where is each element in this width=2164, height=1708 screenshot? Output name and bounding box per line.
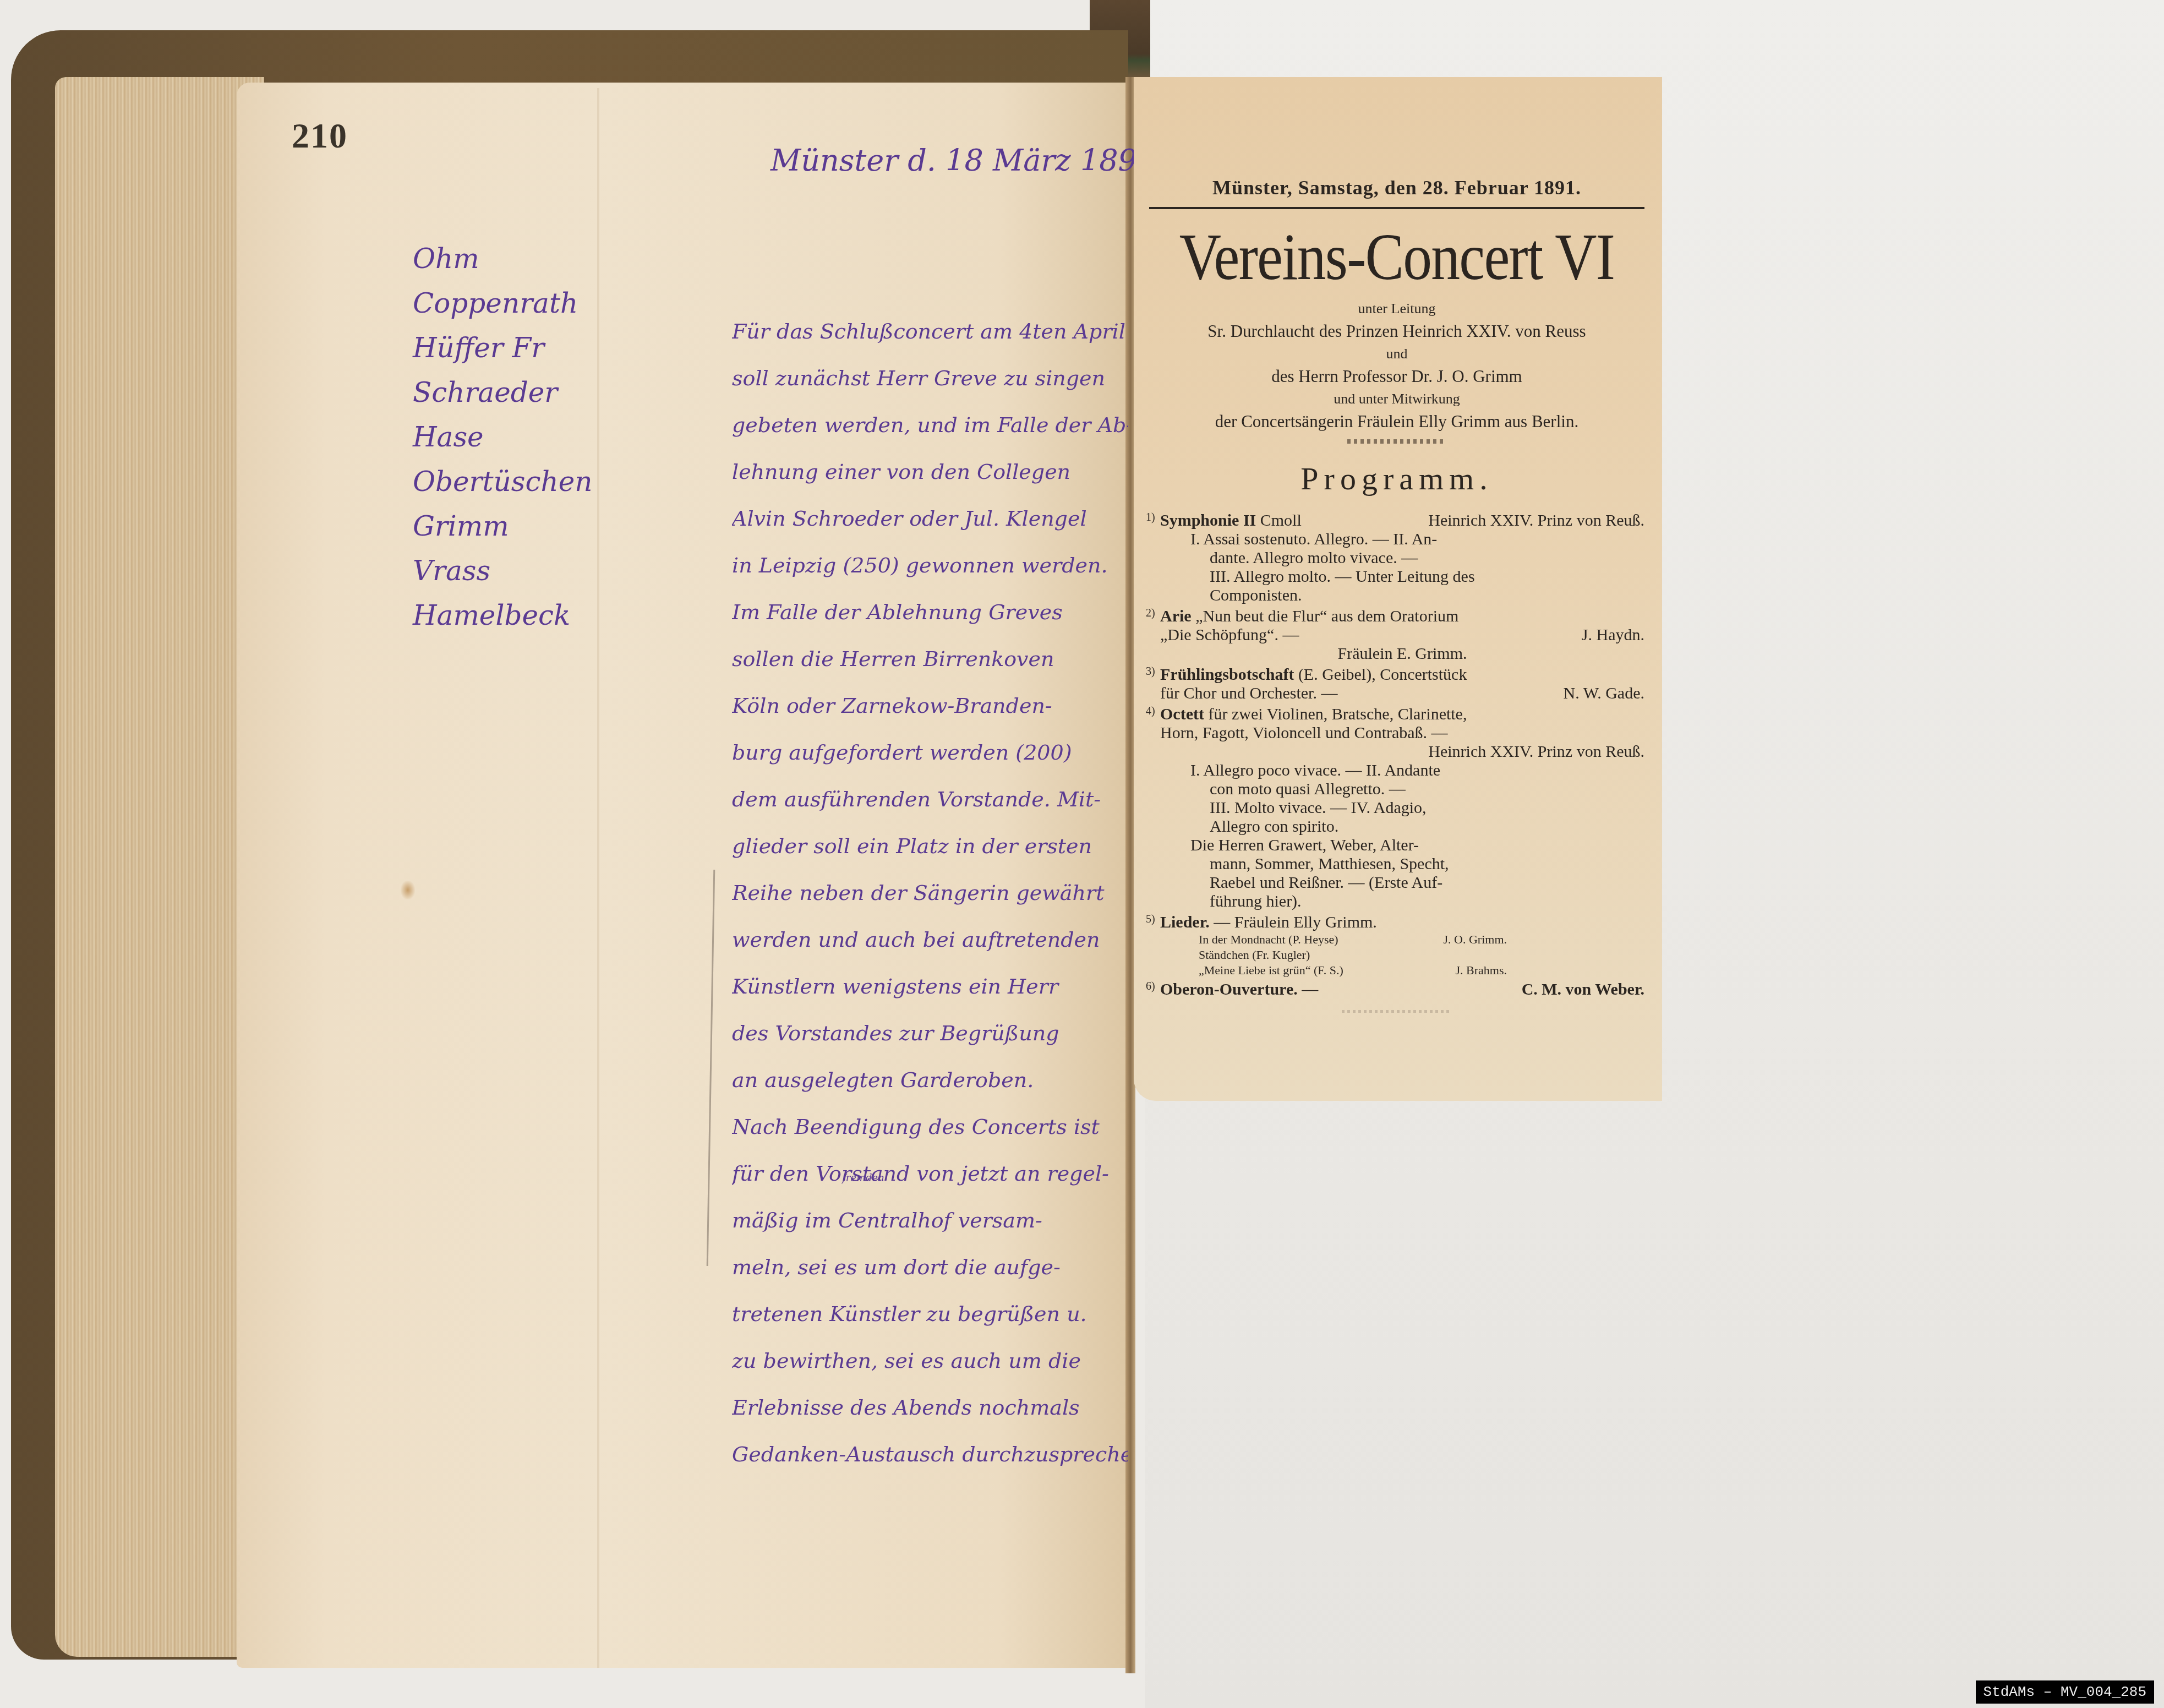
- song-composer: J. Brahms.: [1456, 963, 1507, 978]
- program-collaboration: und unter Mitwirkung: [1149, 389, 1644, 410]
- program-conductor-2: des Herrn Professor Dr. J. O. Grimm: [1149, 364, 1644, 389]
- attendee-name: Hüffer Fr: [413, 326, 622, 370]
- program-heading: Programm.: [1149, 460, 1644, 497]
- program-dateline: Münster, Samstag, den 28. Februar 1891.: [1149, 176, 1644, 209]
- attendee-name: Hase: [413, 415, 622, 460]
- item-title: Octett: [1160, 705, 1204, 723]
- program-title: Vereins-Concert VI: [1179, 216, 1615, 298]
- minutes-line: lehnung einer von den Collegen: [732, 449, 1128, 495]
- minutes-line: Alvin Schroeder oder Jul. Klengel: [732, 495, 1128, 542]
- item-detail-line2: für Chor und Orchester. —: [1160, 684, 1337, 703]
- performers-line: Raebel und Reißner. — (Erste Auf-: [1160, 874, 1644, 892]
- paper-stain: [401, 881, 415, 899]
- movement-line: I. Allegro poco vivace. — II. Andante: [1160, 761, 1644, 780]
- minutes-date: Münster d. 18 März 1891: [770, 143, 1156, 178]
- minutes-line: für den Vorstand von jetzt an regel-: [732, 1150, 1128, 1197]
- page-number: 210: [292, 116, 348, 156]
- item-number: 3): [1146, 662, 1155, 681]
- item-composer: Heinrich XXIV. Prinz von Reuß.: [1428, 511, 1644, 530]
- minutes-line: des Vorstandes zur Begrüßung: [732, 1010, 1128, 1057]
- concert-program-leaflet: Münster, Samstag, den 28. Februar 1891. …: [1134, 77, 1662, 1101]
- item-number: 6): [1146, 977, 1155, 996]
- minutes-line: glieder soll ein Platz in der ersten: [732, 823, 1128, 870]
- minutes-line: meln, sei es um dort die aufge-: [732, 1244, 1128, 1291]
- minutes-line: sollen die Herren Birrenkoven: [732, 636, 1128, 683]
- program-item: 2) Arie „Nun beut die Flur“ aus dem Orat…: [1149, 607, 1644, 663]
- movement-line: Componisten.: [1160, 586, 1644, 605]
- program-item: 1) Symphonie II Cmoll Heinrich XXIV. Pri…: [1149, 511, 1644, 605]
- item-detail: für zwei Violinen, Bratsche, Clarinette,: [1208, 705, 1467, 723]
- minutes-line: burg aufgefordert werden (200): [732, 729, 1128, 776]
- song-composer: J. O. Grimm.: [1444, 932, 1507, 947]
- item-title: Arie: [1160, 607, 1192, 625]
- program-and: und: [1149, 343, 1644, 364]
- item-composer: J. Haydn.: [1582, 626, 1644, 645]
- song-title: „Meine Liebe ist grün“ (F. S.): [1199, 963, 1343, 978]
- item-title: Lieder.: [1160, 913, 1210, 931]
- minutes-line: Nach Beendigung des Concerts ist: [732, 1104, 1128, 1150]
- minutes-line: Reihe neben der Sängerin gewährt: [732, 870, 1128, 916]
- item-title: Frühlingsbotschaft: [1160, 665, 1294, 684]
- interlinear-insert: fremden: [842, 1172, 884, 1184]
- song-title: Ständchen (Fr. Kugler): [1160, 947, 1644, 963]
- item-title: Symphonie II: [1160, 511, 1256, 530]
- movement-line: III. Allegro molto. — Unter Leitung des: [1160, 567, 1644, 586]
- minutes-line: soll zunächst Herr Greve zu singen: [732, 355, 1128, 402]
- item-detail: „Nun beut die Flur“ aus dem Oratorium: [1195, 607, 1458, 625]
- minutes-line: Erlebnisse des Abends nochmals: [732, 1384, 1128, 1431]
- attendee-name: Grimm: [413, 504, 622, 549]
- item-detail-line2: Horn, Fagott, Violoncell und Contrabaß. …: [1160, 724, 1644, 743]
- minutes-line: in Leipzig (250) gewonnen werden.: [732, 542, 1128, 589]
- item-detail: — Fräulein Elly Grimm.: [1214, 913, 1377, 931]
- program-item: 5) Lieder. — Fräulein Elly Grimm. In der…: [1149, 913, 1644, 978]
- minutes-line: Künstlern wenigstens ein Herr: [732, 963, 1128, 1010]
- item-composer: C. M. von Weber.: [1522, 980, 1644, 999]
- minutes-line: werden und auch bei auftretenden: [732, 916, 1128, 963]
- minutes-line: Im Falle der Ablehnung Greves: [732, 589, 1128, 636]
- attendee-name: Hamelbeck: [413, 593, 622, 638]
- program-item: 3) Frühlingsbotschaft (E. Geibel), Conce…: [1149, 665, 1644, 703]
- attendee-name: Coppenrath: [413, 281, 622, 326]
- movement-line: III. Molto vivace. — IV. Adagio,: [1160, 799, 1644, 817]
- item-number: 2): [1146, 604, 1155, 623]
- minutes-line: tretenen Künstler zu begrüßen u.: [732, 1291, 1128, 1338]
- movement-line: con moto quasi Allegretto. —: [1160, 780, 1644, 799]
- item-composer: Heinrich XXIV. Prinz von Reuß.: [1160, 743, 1644, 761]
- item-detail: Cmoll: [1260, 511, 1302, 530]
- minutes-text: Für das Schlußconcert am 4ten April soll…: [732, 308, 1128, 1478]
- attendee-name: Schraeder: [413, 370, 622, 415]
- attendee-name: Vrass: [413, 549, 622, 593]
- item-composer: N. W. Gade.: [1564, 684, 1644, 703]
- movement-line: dante. Allegro molto vivace. —: [1160, 549, 1644, 567]
- ornamental-rule: [1347, 439, 1446, 444]
- movement-line: I. Assai sostenuto. Allegro. — II. An-: [1160, 530, 1644, 549]
- item-detail: (E. Geibel), Concertstück: [1298, 665, 1467, 684]
- attendee-name: Obertüschen: [413, 460, 622, 504]
- minutes-line: zu bewirthen, sei es auch um die: [732, 1338, 1128, 1384]
- item-number: 1): [1146, 508, 1155, 527]
- program-item: 6) Oberon-Ouverture. — C. M. von Weber.: [1149, 980, 1644, 999]
- song-title: In der Mondnacht (P. Heyse): [1199, 932, 1338, 947]
- minutes-line: dem ausführenden Vorstande. Mit-: [732, 776, 1128, 823]
- program-soloist: der Concertsängerin Fräulein Elly Grimm …: [1149, 410, 1644, 434]
- item-detail: —: [1302, 980, 1318, 998]
- page-edges: [55, 77, 264, 1657]
- attendee-name: Ohm: [413, 237, 622, 281]
- minutes-line: mäßig im Centralhof versam-: [732, 1197, 1128, 1244]
- performers-line: mann, Sommer, Matthiesen, Specht,: [1160, 855, 1644, 874]
- minutes-line: Gedanken-Austausch durchzusprechen.: [732, 1431, 1128, 1478]
- program-conductor-1: Sr. Durchlaucht des Prinzen Heinrich XXI…: [1149, 319, 1644, 343]
- item-number: 4): [1146, 702, 1155, 721]
- item-performer: Fräulein E. Grimm.: [1160, 645, 1644, 663]
- program-item: 4) Octett für zwei Violinen, Bratsche, C…: [1149, 705, 1644, 911]
- movement-line: Allegro con spirito.: [1160, 817, 1644, 836]
- item-title: Oberon-Ouverture.: [1160, 980, 1298, 998]
- minutes-line: an ausgelegten Garderoben.: [732, 1057, 1128, 1104]
- ornamental-rule: [1342, 1010, 1452, 1013]
- minutes-line: Für das Schlußconcert am 4ten April: [732, 308, 1128, 355]
- archive-label: StdAMs – MV_004_285: [1976, 1680, 2154, 1704]
- minutes-line: gebeten werden, und im Falle der Ab-: [732, 402, 1128, 449]
- program-under-direction: unter Leitung: [1149, 298, 1644, 319]
- performers-line: Die Herren Grawert, Weber, Alter-: [1160, 836, 1644, 855]
- item-number: 5): [1146, 910, 1155, 929]
- performers-line: führung hier).: [1160, 892, 1644, 911]
- minutes-line: Köln oder Zarnekow-Branden-: [732, 683, 1128, 729]
- attendee-names-list: Ohm Coppenrath Hüffer Fr Schraeder Hase …: [413, 237, 622, 638]
- item-detail-line2: „Die Schöpfung“. —: [1160, 626, 1299, 645]
